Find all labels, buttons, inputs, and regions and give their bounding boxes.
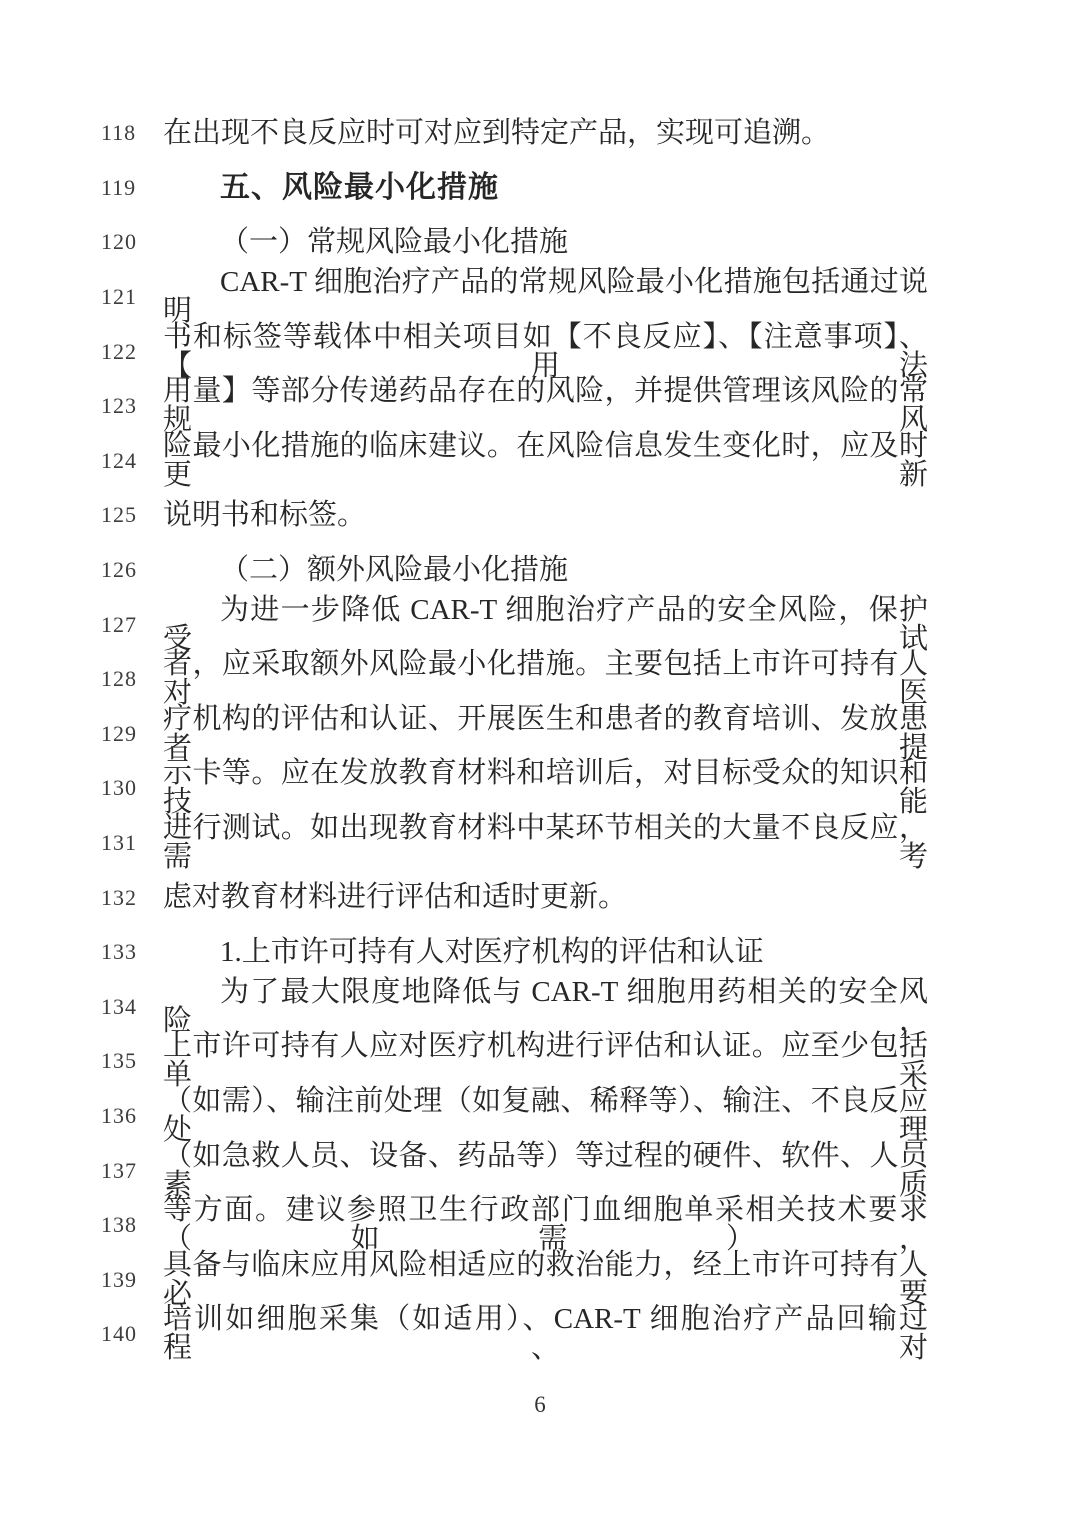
line-text: 为进一步降低 CAR-T 细胞治疗产品的安全风险，保护受试 — [163, 596, 928, 654]
line-number: 137 — [101, 1158, 163, 1184]
line-text: 险最小化措施的临床建议。在风险信息发生变化时，应及时更新 — [163, 432, 928, 490]
line-text: 五、风险最小化措施 — [163, 173, 928, 203]
line-number: 139 — [101, 1267, 163, 1293]
line-text: 具备与临床应用风险相适应的救治能力，经上市许可持有人必要 — [163, 1251, 928, 1309]
document-line: 131 进行测试。如出现教育材料中某环节相关的大量不良反应，需考 — [0, 816, 1080, 871]
document-line: 125 说明书和标签。 — [0, 488, 1080, 543]
document-line: 132 虑对教育材料进行评估和适时更新。 — [0, 870, 1080, 925]
document-line: 139 具备与临床应用风险相适应的救治能力，经上市许可持有人必要 — [0, 1252, 1080, 1307]
line-number: 135 — [101, 1048, 163, 1074]
document-line: 137 （如急救人员、设备、药品等）等过程的硬件、软件、人员素质 — [0, 1143, 1080, 1198]
line-text: 用量】等部分传递药品存在的风险，并提供管理该风险的常规风 — [163, 377, 928, 435]
document-line: 128 者，应采取额外风险最小化措施。主要包括上市许可持有人对医 — [0, 652, 1080, 707]
line-number: 130 — [101, 775, 163, 801]
document-line: 130 示卡等。应在发放教育材料和培训后，对目标受众的知识和技能 — [0, 761, 1080, 816]
line-text: （如需）、输注前处理（如复融、稀释等）、输注、不良反应处理 — [163, 1087, 928, 1145]
document-line: 135 上市许可持有人应对医疗机构进行评估和认证。应至少包括单采 — [0, 1034, 1080, 1089]
document-page: 118 在出现不良反应时可对应到特定产品，实现可追溯。 119 五、风险最小化措… — [0, 0, 1080, 1527]
line-text: （二）额外风险最小化措施 — [163, 556, 928, 585]
line-text: 示卡等。应在发放教育材料和培训后，对目标受众的知识和技能 — [163, 759, 928, 817]
line-number: 127 — [101, 612, 163, 638]
line-text: 进行测试。如出现教育材料中某环节相关的大量不良反应，需考 — [163, 814, 928, 872]
line-text: 说明书和标签。 — [163, 501, 928, 530]
line-text: （一）常规风险最小化措施 — [163, 228, 928, 257]
document-line: 136 （如需）、输注前处理（如复融、稀释等）、输注、不良反应处理 — [0, 1089, 1080, 1144]
line-text: 培训如细胞采集（如适用）、CAR-T 细胞治疗产品回输过程、对 — [163, 1305, 928, 1363]
line-text: CAR-T 细胞治疗产品的常规风险最小化措施包括通过说明 — [163, 268, 928, 326]
document-line: 118 在出现不良反应时可对应到特定产品，实现可追溯。 — [0, 106, 1080, 161]
line-number: 128 — [101, 666, 163, 692]
line-number: 120 — [101, 229, 163, 255]
document-line: 127 为进一步降低 CAR-T 细胞治疗产品的安全风险，保护受试 — [0, 597, 1080, 652]
line-number: 133 — [101, 939, 163, 965]
line-text: 上市许可持有人应对医疗机构进行评估和认证。应至少包括单采 — [163, 1032, 928, 1090]
document-line: 126 （二）额外风险最小化措施 — [0, 543, 1080, 598]
line-number: 129 — [101, 721, 163, 747]
line-number: 122 — [101, 339, 163, 365]
document-line: 120 （一）常规风险最小化措施 — [0, 215, 1080, 270]
document-line: 123 用量】等部分传递药品存在的风险，并提供管理该风险的常规风 — [0, 379, 1080, 434]
line-text: 者，应采取额外风险最小化措施。主要包括上市许可持有人对医 — [163, 650, 928, 708]
document-line: 119 五、风险最小化措施 — [0, 161, 1080, 216]
line-text: 虑对教育材料进行评估和适时更新。 — [163, 883, 928, 912]
document-lines: 118 在出现不良反应时可对应到特定产品，实现可追溯。 119 五、风险最小化措… — [0, 0, 1080, 1362]
line-number: 126 — [101, 557, 163, 583]
document-line: 129 疗机构的评估和认证、开展医生和患者的教育培训、发放患者提 — [0, 707, 1080, 762]
line-number: 124 — [101, 448, 163, 474]
line-number: 125 — [101, 502, 163, 528]
document-line: 133 1.上市许可持有人对医疗机构的评估和认证 — [0, 925, 1080, 980]
line-number: 136 — [101, 1103, 163, 1129]
line-text: 在出现不良反应时可对应到特定产品，实现可追溯。 — [163, 119, 928, 148]
document-line: 124 险最小化措施的临床建议。在风险信息发生变化时，应及时更新 — [0, 434, 1080, 489]
document-line: 140 培训如细胞采集（如适用）、CAR-T 细胞治疗产品回输过程、对 — [0, 1307, 1080, 1362]
line-number: 138 — [101, 1212, 163, 1238]
document-line: 122 书和标签等载体中相关项目如【不良反应】、【注意事项】、【用法 — [0, 324, 1080, 379]
line-text: 书和标签等载体中相关项目如【不良反应】、【注意事项】、【用法 — [163, 323, 928, 381]
line-number: 134 — [101, 994, 163, 1020]
line-text: 为了最大限度地降低与 CAR-T 细胞用药相关的安全风险， — [163, 978, 928, 1036]
line-text: 1.上市许可持有人对医疗机构的评估和认证 — [163, 938, 928, 967]
line-text: （如急救人员、设备、药品等）等过程的硬件、软件、人员素质 — [163, 1142, 928, 1200]
document-line: 134 为了最大限度地降低与 CAR-T 细胞用药相关的安全风险， — [0, 980, 1080, 1035]
line-number: 131 — [101, 830, 163, 856]
document-line: 121 CAR-T 细胞治疗产品的常规风险最小化措施包括通过说明 — [0, 270, 1080, 325]
line-number: 121 — [101, 284, 163, 310]
line-number: 119 — [101, 175, 163, 201]
line-text: 疗机构的评估和认证、开展医生和患者的教育培训、发放患者提 — [163, 705, 928, 763]
line-number: 123 — [101, 393, 163, 419]
line-text: 等方面。建议参照卫生行政部门血细胞单采相关技术要求（如需）， — [163, 1196, 928, 1254]
document-line: 138 等方面。建议参照卫生行政部门血细胞单采相关技术要求（如需）， — [0, 1198, 1080, 1253]
line-number: 140 — [101, 1321, 163, 1347]
page-number: 6 — [0, 1392, 1080, 1418]
line-number: 118 — [101, 120, 163, 146]
line-number: 132 — [101, 885, 163, 911]
